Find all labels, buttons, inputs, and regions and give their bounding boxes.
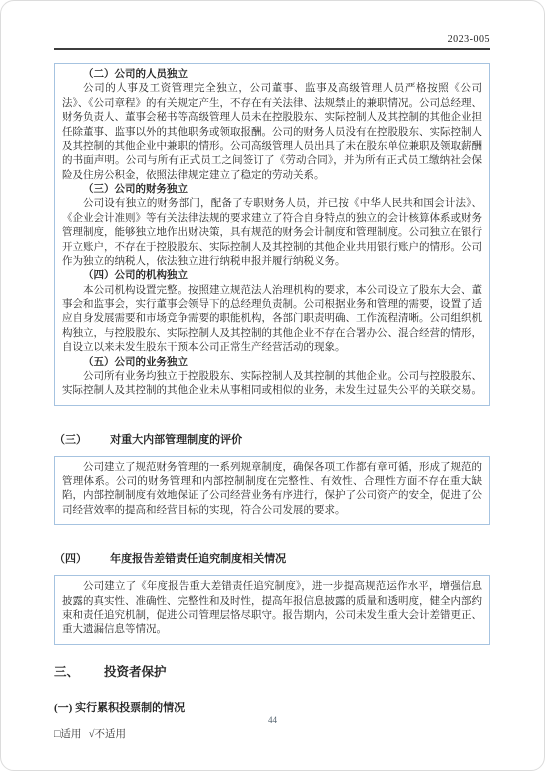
independence-body-finance: 公司设有独立的财务部门，配备了专职财务人员，并已按《中华人民共和国会计法》、《企… — [62, 197, 482, 269]
independence-heading-business: （五）公司的业务独立 — [62, 356, 482, 370]
independence-heading-finance: （三）公司的财务独立 — [62, 183, 482, 197]
error-accountability-box: 公司建立了《年度报告重大差错责任追究制度》，进一步提高规范运作水平，增强信息披露… — [54, 575, 490, 645]
error-accountability-body: 公司建立了《年度报告重大差错责任追究制度》，进一步提高规范运作水平，增强信息披露… — [62, 580, 482, 638]
page-content: 2023-005 （二）公司的人员独立 公司的人事及工资管理完全独立，公司董事、… — [1, 1, 544, 741]
page-number: 44 — [1, 715, 544, 725]
chapter-number: 三、 — [54, 665, 79, 679]
independence-heading-organization: （四）公司的机构独立 — [62, 269, 482, 283]
header-rule — [54, 48, 490, 50]
independence-heading-personnel: （二）公司的人员独立 — [62, 68, 482, 82]
chapter-title: 投资者保护 — [104, 665, 167, 679]
independence-body-organization: 本公司机构设置完整。按照建立规范法人治理机构的要求，本公司设立了股东大会、董事会… — [62, 284, 482, 356]
section-number: （四） — [54, 553, 87, 565]
report-page: 2023-005 （二）公司的人员独立 公司的人事及工资管理完全独立，公司董事、… — [0, 0, 545, 771]
section-title: 年度报告差错责任追究制度相关情况 — [110, 553, 286, 565]
chapter-heading-investor-protection: 三、投资者保护 — [54, 662, 490, 680]
section-title: 对重大内部管理制度的评价 — [110, 434, 242, 446]
independence-body-personnel: 公司的人事及工资管理完全独立，公司董事、监事及高级管理人员严格按照《公司法》、《… — [62, 82, 482, 183]
applicability-row: □适用√不适用 — [54, 726, 490, 741]
section-heading-internal-management-evaluation: （三）对重大内部管理制度的评价 — [54, 431, 490, 447]
independence-body-business: 公司所有业务均独立于控股股东、实际控制人及其控制的其他企业。公司与控股股东、实际… — [62, 370, 482, 399]
internal-management-evaluation-body: 公司建立了规范财务管理的一系列规章制度，确保各项工作都有章可循，形成了规范的管理… — [62, 461, 482, 519]
subsection-heading-cumulative-voting: (一) 实行累积投票制的情况 — [54, 699, 490, 715]
section-heading-error-accountability: （四）年度报告差错责任追究制度相关情况 — [54, 550, 490, 566]
internal-management-evaluation-box: 公司建立了规范财务管理的一系列规章制度，确保各项工作都有章可循，形成了规范的管理… — [54, 456, 490, 526]
checkbox-applicable-unchecked: □适用 — [54, 729, 81, 740]
section-number: （三） — [54, 434, 87, 446]
checkbox-not-applicable-checked: √不适用 — [89, 729, 126, 740]
doc-number: 2023-005 — [54, 1, 490, 45]
independence-box: （二）公司的人员独立 公司的人事及工资管理完全独立，公司董事、监事及高级管理人员… — [54, 63, 490, 406]
